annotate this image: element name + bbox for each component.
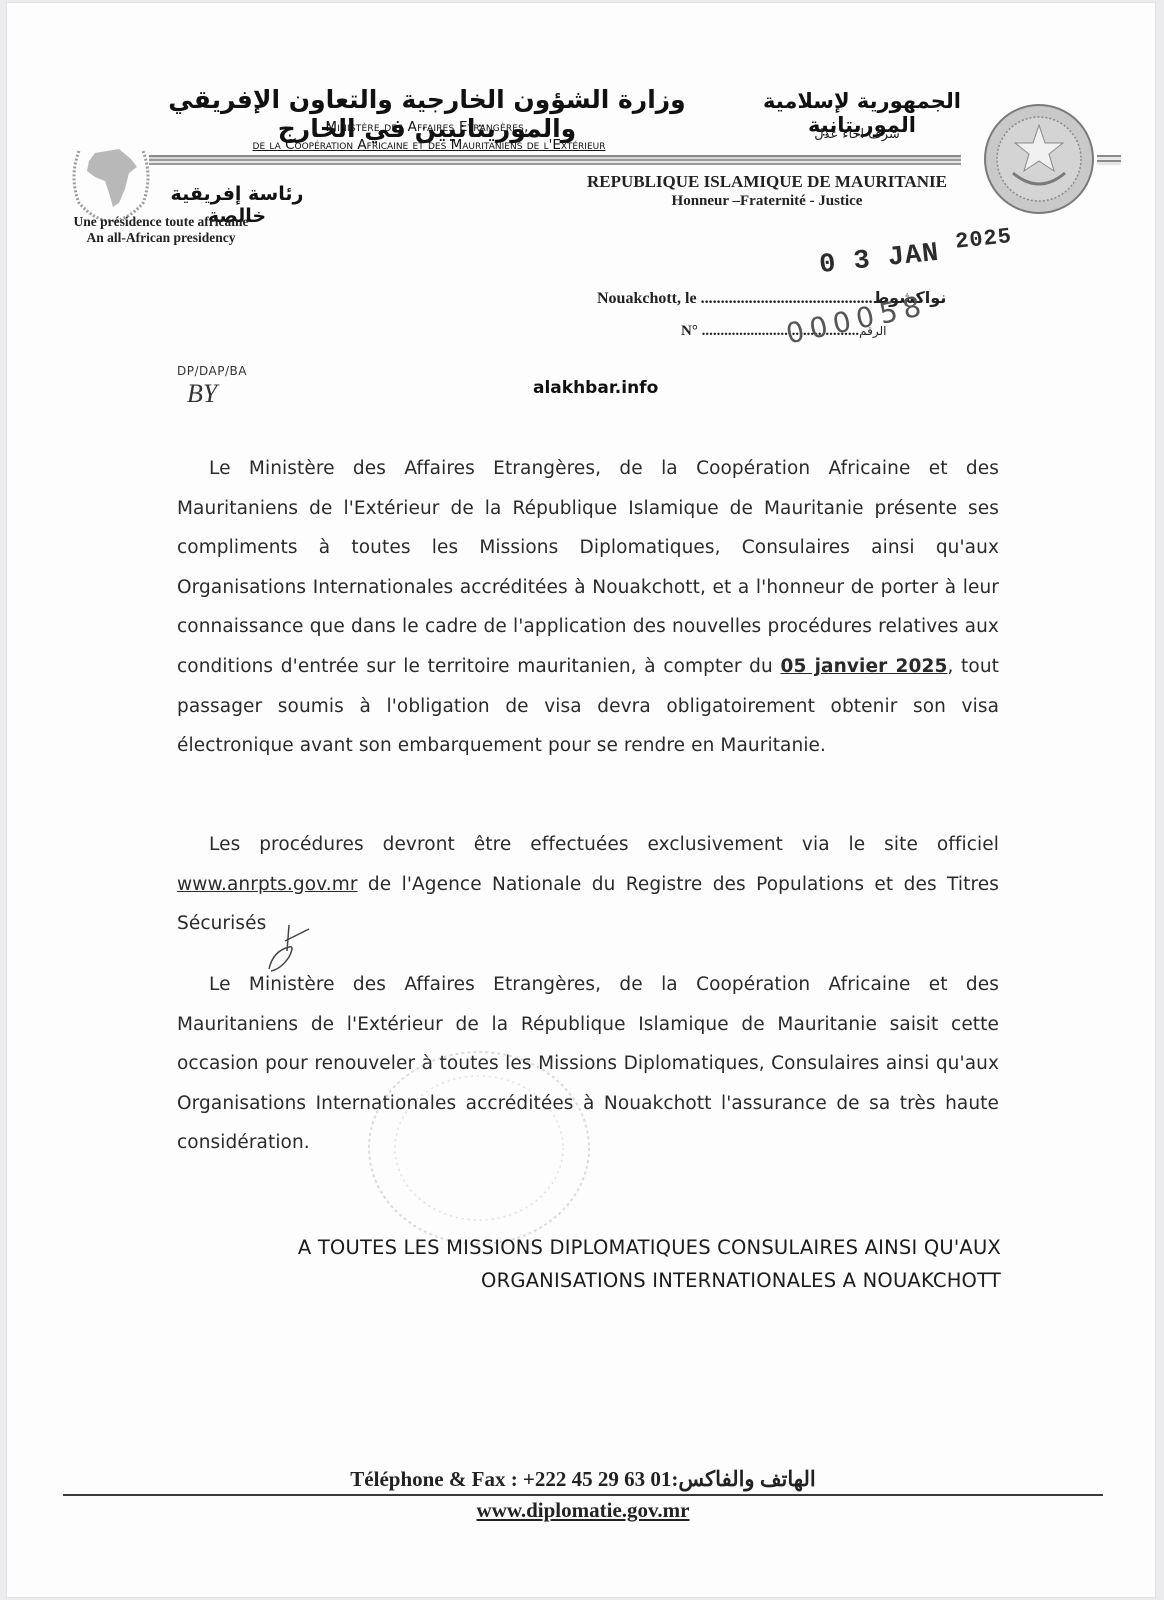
ministry-name-french-line2: de la Coopération Africaine et des Mauri… xyxy=(149,137,709,153)
footer-divider xyxy=(63,1494,1103,1496)
handwritten-initials: BY xyxy=(187,379,217,409)
footer-website-link[interactable]: www.diplomatie.gov.mr xyxy=(63,1498,1103,1523)
place-label-fr: Nouakchott, le xyxy=(597,290,697,307)
number-label-fr: N° xyxy=(681,323,698,339)
date-stamp-year: 2025 xyxy=(954,224,1013,255)
office-reference-code: DP/DAP/BA xyxy=(177,364,247,378)
paragraph-2-text-a: Les procédures devront être effectuées e… xyxy=(209,834,999,855)
footer-phone-fax: Téléphone & Fax : +222 45 29 63 01:الهات… xyxy=(63,1467,1103,1492)
national-motto-french: Honneur –Fraternité - Justice xyxy=(567,193,967,210)
anrpts-website-link[interactable]: www.anrpts.gov.mr xyxy=(177,874,358,895)
ministry-name-french-line1: Ministère des Affaires Etrangères, xyxy=(147,119,707,135)
paragraph-announcement: Le Ministère des Affaires Etrangères, de… xyxy=(177,449,999,766)
presidency-slogan-english: An all-African presidency xyxy=(61,230,261,246)
source-watermark: alakhbar.info xyxy=(533,378,658,398)
presidency-slogan-french: Une présidence toute africaine xyxy=(61,214,261,230)
coat-of-arms-seal-icon xyxy=(983,103,1095,215)
ministry-stamp-icon xyxy=(359,1043,599,1253)
date-stamp: 0 3 JAN 2025 xyxy=(818,231,1015,281)
african-union-logo-icon xyxy=(65,131,157,223)
republic-name-french: REPUBLIQUE ISLAMIQUE DE MAURITANIE xyxy=(567,172,967,192)
paragraph-1-text-a: Le Ministère des Affaires Etrangères, de… xyxy=(177,458,999,677)
effective-date: 05 janvier 2025 xyxy=(780,656,947,677)
header-divider-right xyxy=(1097,155,1121,165)
date-stamp-day-month: 0 3 JAN xyxy=(818,239,941,281)
addressee-line-2: ORGANISATIONS INTERNATIONALES A NOUAKCHO… xyxy=(177,1269,1001,1292)
document-page: وزارة الشؤون الخارجية والتعاون الإفريقي … xyxy=(6,2,1156,1598)
presidency-slogan-latin: Une présidence toute africaine An all-Af… xyxy=(61,214,261,246)
addressee-line-1: A TOUTES LES MISSIONS DIPLOMATIQUES CONS… xyxy=(177,1236,1001,1259)
header-divider xyxy=(149,155,961,165)
national-motto-arabic: شرف اخاء عدل xyxy=(777,127,937,142)
